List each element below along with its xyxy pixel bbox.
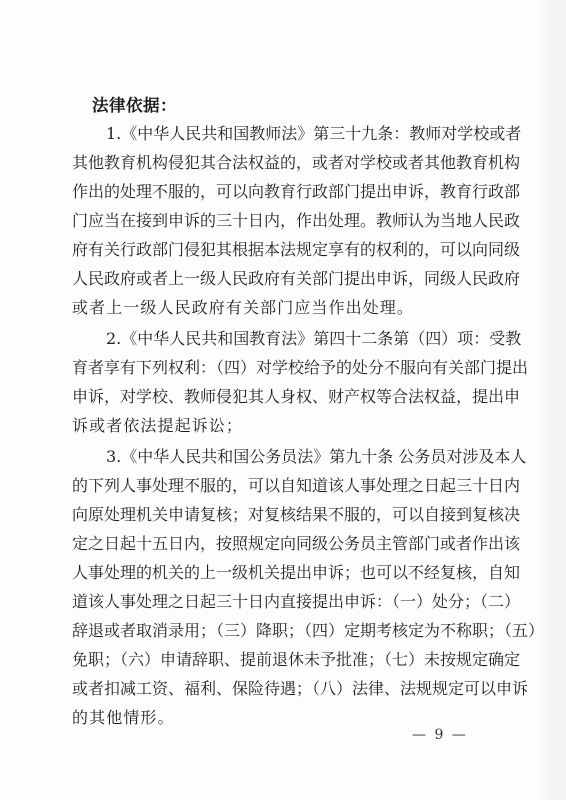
paragraph-1-line-6: 人民政府或者上一级人民政府有关部门提出申诉，同级人民政府: [72, 268, 484, 290]
paragraph-2-line-3: 申诉，对学校、教师侵犯其人身权、财产权等合法权益，提出申: [72, 386, 484, 408]
paragraph-1-line-3: 作出的处理不服的，可以向教育行政部门提出申诉，教育行政部: [72, 181, 484, 203]
scan-edge-shadow: [536, 0, 566, 800]
paragraph-3-line-5: 人事处理的机关的上一级机关提出申诉；也可以不经复核，自知: [72, 562, 484, 584]
paragraph-1-line-2: 其他教育机构侵犯其合法权益的，或者对学校或者其他教育机构: [72, 152, 484, 174]
paragraph-3-line-8: 免职；（六）申请辞职、提前退休未予批准；（七）未按规定确定: [72, 649, 484, 671]
paragraph-2-line-1: 2.《中华人民共和国教育法》第四十二条第（四）项：受教: [106, 328, 484, 350]
paragraph-1-line-1: 1.《中华人民共和国教师法》第三十九条：教师对学校或者: [106, 123, 484, 145]
paragraph-3-line-10: 的其他情形。: [72, 707, 484, 729]
paragraph-3-line-4: 定之日起十五日内，按照规定向同级公务员主管部门或者作出该: [72, 533, 484, 555]
paragraph-3-line-3: 向原处理机关申请复核；对复核结果不服的，可以自接到复核决: [72, 504, 484, 526]
paragraph-1-line-7: 或者上一级人民政府有关部门应当作出处理。: [72, 297, 484, 319]
paragraph-3-line-7: 辞退或者取消录用；（三）降职；（四）定期考核定为不称职；（五）: [72, 620, 484, 642]
paragraph-2-line-4: 诉或者依法提起诉讼；: [72, 415, 484, 437]
paragraph-1-line-5: 府有关行政部门侵犯其根据本法规定享有的权利的，可以向同级: [72, 239, 484, 261]
paragraph-3-line-2: 的下列人事处理不服的，可以自知道该人事处理之日起三十日内: [72, 475, 484, 497]
paragraph-3-line-1: 3.《中华人民共和国公务员法》第九十条 公务员对涉及本人: [106, 446, 484, 468]
paragraph-3-line-9: 或者扣减工资、福利、保险待遇；（八）法律、法规规定可以申诉: [72, 678, 484, 700]
paragraph-2-line-2: 育者享有下列权利：（四）对学校给予的处分不服向有关部门提出: [72, 357, 484, 379]
page-number: — 9 —: [412, 727, 468, 743]
section-heading: 法律依据：: [92, 92, 177, 116]
paragraph-1-line-4: 门应当在接到申诉的三十日内，作出处理。教师认为当地人民政: [72, 210, 484, 232]
paragraph-3-line-6: 道该人事处理之日起三十日内直接提出申诉：（一）处分；（二）: [72, 591, 484, 613]
